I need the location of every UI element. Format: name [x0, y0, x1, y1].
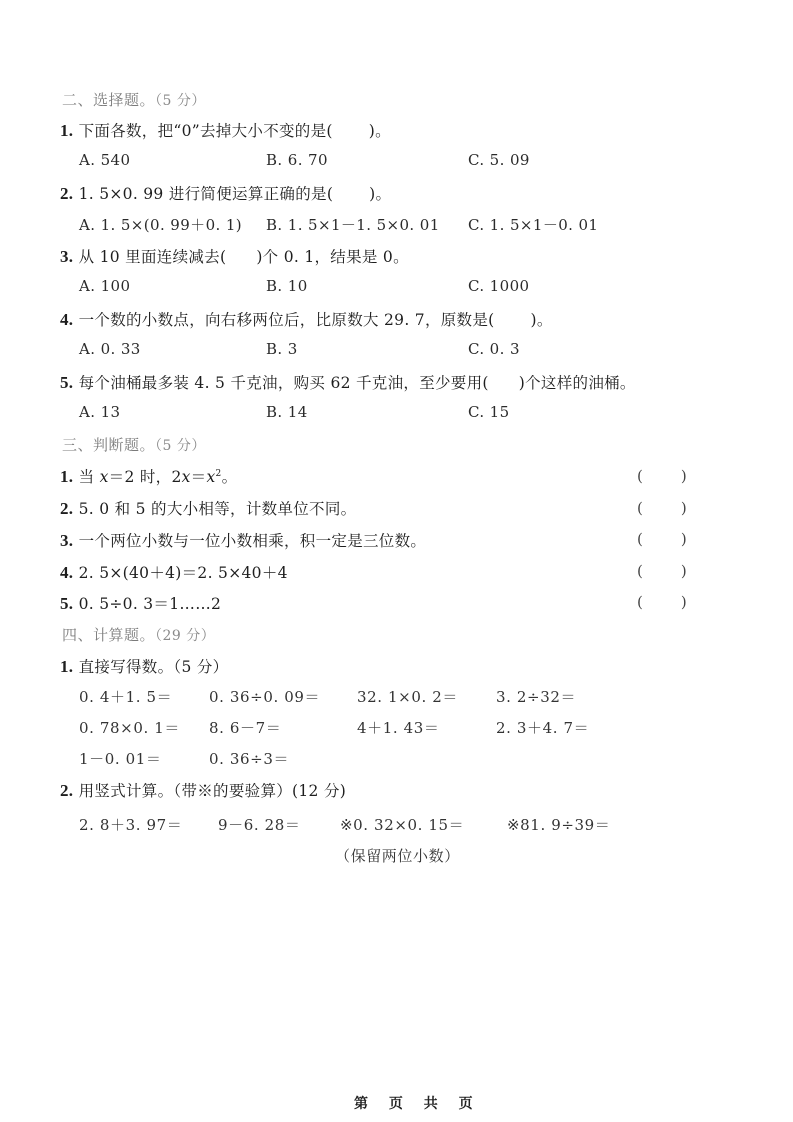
section-score: （5 分） [155, 93, 206, 109]
question-text-end: )。 [369, 185, 391, 203]
paren-close: ) [681, 593, 687, 611]
question-number: 3. [60, 531, 73, 550]
section-heading: 四、计算题。 [62, 626, 155, 644]
section-heading: 二、选择题。 [62, 91, 155, 109]
vertical-calc-item: ※81. 9÷39＝ [507, 814, 610, 835]
option-a: A. 13 [79, 403, 120, 421]
calc-item: 2. 3＋4. 7＝ [496, 717, 589, 738]
calc-item: 0. 4＋1. 5＝ [79, 686, 172, 707]
judgment-answer-box-5[interactable]: () [637, 593, 687, 611]
question-text: 2. 5×(40＋4)＝2. 5×40＋4 [79, 564, 288, 582]
section-title-choice: 二、选择题。（5 分） [62, 89, 206, 110]
vertical-calc-item: ※0. 32×0. 15＝ [340, 814, 464, 835]
rounding-note: （保留两位小数） [335, 845, 460, 866]
question-text: 一个数的小数点，向右移两位后，比原数大 29. 7，原数是( [79, 311, 495, 329]
question-text-end: )个这样的油桶。 [519, 374, 636, 392]
question-text: 每个油桶最多装 4. 5 千克油，购买 62 千克油，至少要用( [79, 374, 489, 392]
question-text-end: )。 [369, 122, 391, 140]
vertical-calc-item: 2. 8＋3. 97＝ [79, 814, 182, 835]
choice-question-5: 5. 每个油桶最多装 4. 5 千克油，购买 62 千克油，至少要用()个这样的… [60, 371, 636, 393]
section-score: （5 分） [155, 438, 206, 454]
calc-item: 1－0. 01＝ [79, 748, 162, 769]
option-c: C. 1000 [468, 277, 529, 295]
option-b: B. 14 [266, 403, 308, 421]
question-number: 2. [60, 184, 73, 203]
paren-open: ( [637, 562, 643, 580]
paren-close: ) [681, 562, 687, 580]
question-text: 一个两位小数与一位小数相乘，积一定是三位数。 [79, 532, 427, 550]
question-text: 下面各数，把“0”去掉大小不变的是( [79, 122, 333, 140]
option-c: C. 15 [468, 403, 510, 421]
option-a: A. 1. 5×(0. 99＋0. 1) [79, 214, 242, 235]
paren-open: ( [637, 593, 643, 611]
variable-x: x [206, 468, 215, 486]
paren-close: ) [681, 467, 687, 485]
option-a: A. 100 [79, 277, 130, 295]
option-b: B. 3 [266, 340, 298, 358]
question-text: 0. 5÷0. 3＝1……2 [79, 595, 222, 613]
question-text: 当 [79, 468, 100, 486]
question-text: 。 [222, 468, 238, 486]
question-number: 5. [60, 594, 73, 613]
option-b: B. 10 [266, 277, 308, 295]
vertical-calc-item: 9－6. 28＝ [218, 814, 301, 835]
question-number: 4. [60, 563, 73, 582]
judgment-answer-box-2[interactable]: () [637, 499, 687, 517]
calc-item: 0. 78×0. 1＝ [79, 717, 180, 738]
paren-close: ) [681, 530, 687, 548]
judgment-question-4: 4. 2. 5×(40＋4)＝2. 5×40＋4 [60, 561, 288, 583]
question-number: 3. [60, 247, 73, 266]
paren-close: ) [681, 499, 687, 517]
judgment-question-2: 2. 5. 0 和 5 的大小相等，计数单位不同。 [60, 497, 356, 519]
calc-item: 0. 36÷0. 09＝ [209, 686, 320, 707]
choice-question-3: 3. 从 10 里面连续减去()个 0. 1，结果是 0。 [60, 245, 409, 267]
judgment-question-3: 3. 一个两位小数与一位小数相乘，积一定是三位数。 [60, 529, 426, 551]
choice-question-4: 4. 一个数的小数点，向右移两位后，比原数大 29. 7，原数是()。 [60, 308, 553, 330]
option-c: C. 1. 5×1－0. 01 [468, 214, 598, 235]
paren-open: ( [637, 467, 643, 485]
page-footer: 第 页 共 页 [354, 1093, 481, 1113]
option-c: C. 5. 09 [468, 151, 530, 169]
judgment-answer-box-3[interactable]: () [637, 530, 687, 548]
variable-x: x [182, 468, 191, 486]
question-number: 2. [60, 499, 73, 518]
question-text: 5. 0 和 5 的大小相等，计数单位不同。 [79, 500, 357, 518]
calc-item: 8. 6－7＝ [209, 717, 281, 738]
paren-open: ( [637, 530, 643, 548]
calc-question-2: 2. 用竖式计算。（带※的要验算）(12 分) [60, 779, 346, 801]
question-number: 1. [60, 467, 73, 486]
question-text: 直接写得数。（5 分） [79, 658, 229, 676]
variable-x: x [100, 468, 109, 486]
option-c: C. 0. 3 [468, 340, 520, 358]
question-text-end: )个 0. 1，结果是 0。 [256, 248, 409, 266]
judgment-question-5: 5. 0. 5÷0. 3＝1……2 [60, 592, 221, 614]
question-text: ＝ [191, 468, 207, 486]
judgment-answer-box-4[interactable]: () [637, 562, 687, 580]
section-heading: 三、判断题。 [62, 436, 155, 454]
section-title-judgment: 三、判断题。（5 分） [62, 434, 206, 455]
choice-question-2: 2. 1. 5×0. 99 进行简便运算正确的是()。 [60, 182, 391, 204]
question-number: 4. [60, 310, 73, 329]
calc-item: 4＋1. 43＝ [357, 717, 440, 738]
judgment-answer-box-1[interactable]: () [637, 467, 687, 485]
choice-question-1: 1. 下面各数，把“0”去掉大小不变的是()。 [60, 119, 391, 141]
question-number: 1. [60, 657, 73, 676]
calc-question-1: 1. 直接写得数。（5 分） [60, 655, 228, 677]
section-title-calculation: 四、计算题。（29 分） [62, 624, 215, 645]
option-a: A. 0. 33 [79, 340, 141, 358]
option-a: A. 540 [79, 151, 130, 169]
question-text-end: )。 [531, 311, 553, 329]
question-number: 2. [60, 781, 73, 800]
question-text: ＝2 时，2 [109, 468, 182, 486]
calc-item: 3. 2÷32＝ [496, 686, 576, 707]
question-number: 5. [60, 373, 73, 392]
paren-open: ( [637, 499, 643, 517]
calc-item: 32. 1×0. 2＝ [357, 686, 458, 707]
question-number: 1. [60, 121, 73, 140]
question-text: 用竖式计算。（带※的要验算）(12 分) [79, 782, 347, 800]
section-score: （29 分） [155, 628, 215, 644]
judgment-question-1: 1. 当 x＝2 时，2x＝x2。 [60, 465, 237, 487]
question-text: 1. 5×0. 99 进行简便运算正确的是( [79, 185, 334, 203]
option-b: B. 1. 5×1－1. 5×0. 01 [266, 214, 440, 235]
calc-item: 0. 36÷3＝ [209, 748, 289, 769]
option-b: B. 6. 70 [266, 151, 328, 169]
question-text: 从 10 里面连续减去( [79, 248, 227, 266]
